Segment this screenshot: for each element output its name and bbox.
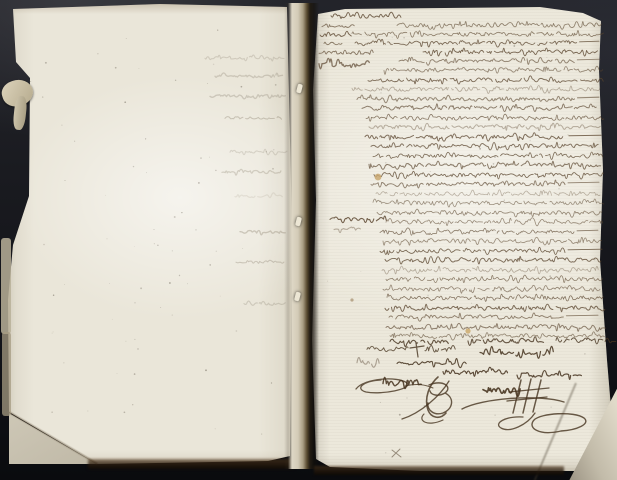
body-text-cursive-lines xyxy=(331,12,607,340)
signature-paraphs-flourishes xyxy=(356,343,586,457)
show-through-ghost-text xyxy=(205,55,287,305)
manuscript-scan xyxy=(0,0,617,480)
signatures-block xyxy=(357,337,616,396)
handwriting-ink-layer xyxy=(0,0,617,480)
paper-specks xyxy=(30,29,595,453)
